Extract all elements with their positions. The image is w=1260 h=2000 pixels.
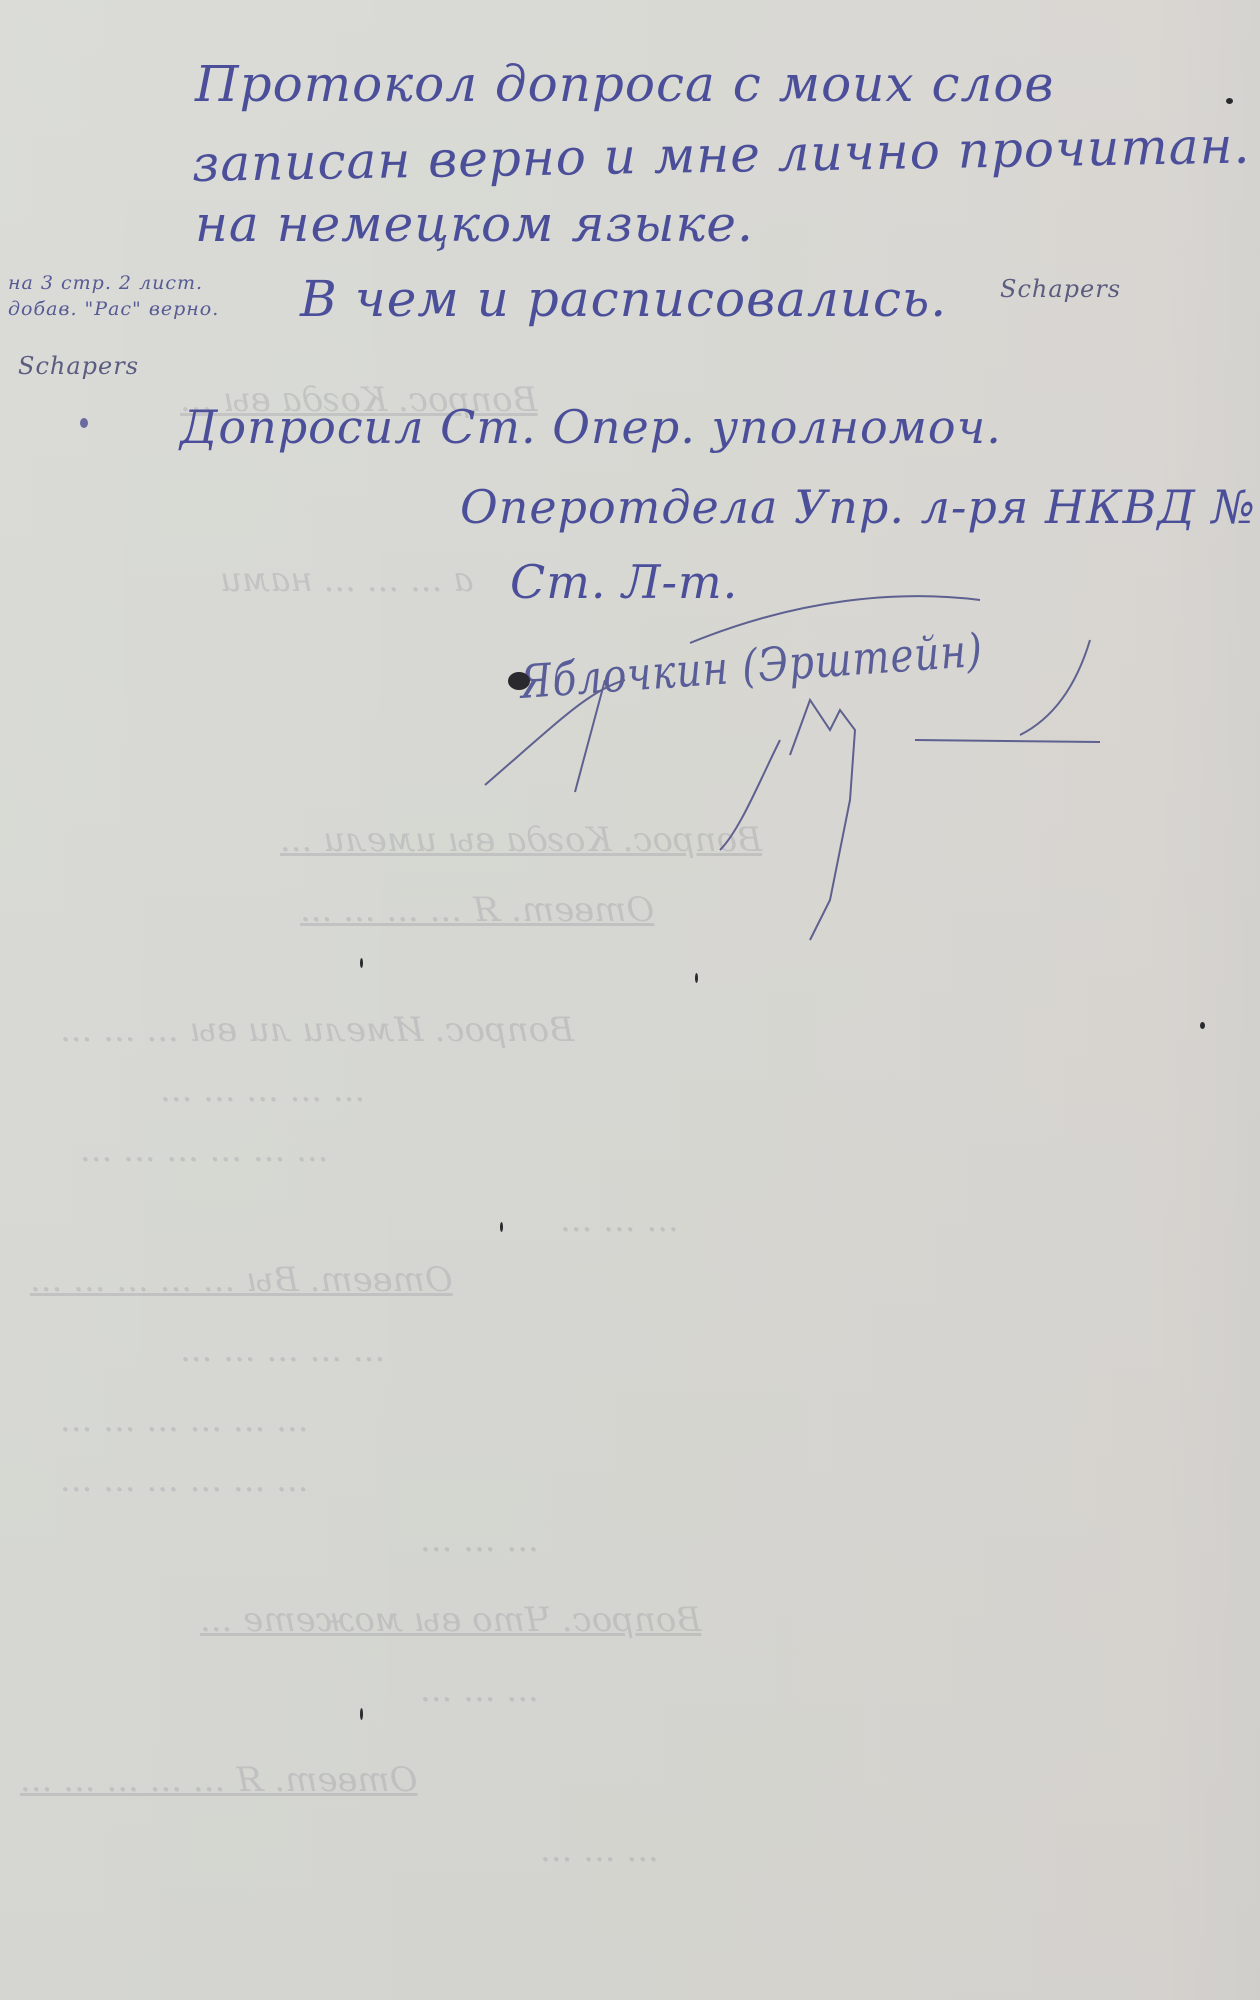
bleed-through-line: ... ... ... ... ... bbox=[160, 1070, 365, 1110]
statement-line-3: на немецком языке. bbox=[195, 195, 754, 253]
bleed-through-line: Ответ. Я ... ... ... ... ... bbox=[20, 1760, 418, 1800]
ink-speck bbox=[360, 1708, 363, 1720]
ink-speck bbox=[1200, 1022, 1205, 1029]
document-page: Вопрос. Когда вы ... а ... ... ... нами … bbox=[0, 0, 1260, 2000]
margin-note-line-2: добав. "Рас" верно. bbox=[8, 298, 219, 320]
interrogator-line-3: Ст. Л-т. bbox=[510, 555, 738, 609]
interrogator-signature: Яблочкин (Эрштейн) bbox=[518, 623, 985, 709]
ink-speck bbox=[80, 418, 88, 428]
bleed-through-line: Ответ. Я ... ... ... ... bbox=[300, 890, 654, 930]
ink-speck bbox=[360, 958, 363, 968]
bleed-through-line: Вопрос. Когда вы имели ... bbox=[280, 820, 762, 860]
bleed-through-line: Вопрос. Имели ли вы ... ... ... bbox=[60, 1010, 574, 1050]
ink-speck bbox=[500, 1222, 503, 1232]
bleed-through-line: ... ... ... bbox=[560, 1200, 679, 1240]
witness-signature-left: Schapers bbox=[18, 352, 139, 380]
statement-line-4: В чем и расписовались. bbox=[300, 270, 947, 328]
interrogator-line-1: Допросил Ст. Опер. уполномоч. bbox=[180, 400, 1002, 454]
bleed-through-line: ... ... ... ... ... bbox=[180, 1330, 385, 1370]
bleed-through-line: ... ... ... ... ... ... bbox=[80, 1130, 329, 1170]
ink-blot bbox=[508, 672, 530, 690]
bleed-through-line: ... ... ... ... ... ... bbox=[60, 1460, 309, 1500]
margin-note-line-1: на 3 стр. 2 лист. bbox=[8, 272, 203, 294]
bleed-through-line: Ответ. Вы ... ... ... ... ... bbox=[30, 1260, 453, 1300]
bleed-through-line: а ... ... ... нами bbox=[220, 560, 474, 600]
ink-speck bbox=[1226, 98, 1233, 104]
witness-signature-right: Schapers bbox=[1000, 275, 1121, 303]
bleed-through-line: ... ... ... bbox=[540, 1830, 659, 1870]
bleed-through-line: ... ... ... bbox=[420, 1520, 539, 1560]
statement-line-2: записан верно и мне лично прочитан. bbox=[191, 117, 1250, 193]
interrogator-line-2: Оперотдела Упр. л-ря НКВД № 174 bbox=[460, 480, 1260, 534]
bleed-through-line: Вопрос. Что вы можете ... bbox=[200, 1600, 701, 1640]
statement-line-1: Протокол допроса с моих слов bbox=[195, 55, 1055, 113]
bleed-through-line: ... ... ... bbox=[420, 1670, 539, 1710]
ink-speck bbox=[695, 973, 698, 983]
bleed-through-line: ... ... ... ... ... ... bbox=[60, 1400, 309, 1440]
